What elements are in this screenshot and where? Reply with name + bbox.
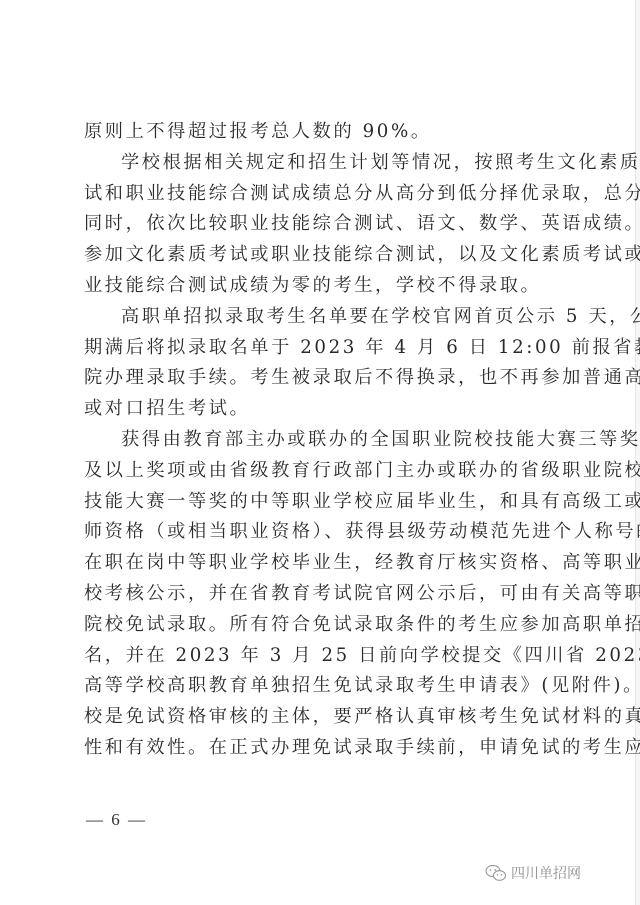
text-line: 期满后将拟录取名单于 2023 年 4 月 6 日 12:00 前报省教育考试 (84, 333, 556, 364)
paragraph: 原则上不得超过报考总人数的 90%。 (84, 117, 556, 148)
text-line: 师资格（或相当职业资格）、获得县级劳动模范先进个人称号的 (84, 517, 556, 548)
watermark-text: 四川单招网 (511, 863, 581, 883)
text-line: 在职在岗中等职业学校毕业生，经教育厅核实资格、高等职业学 (84, 548, 556, 579)
text-line: 技能大赛一等奖的中等职业学校应届毕业生，和具有高级工或技 (84, 487, 556, 518)
paragraph: 学校根据相关规定和招生计划等情况，按照考生文化素质考 试和职业技能综合测试成绩总… (84, 148, 556, 302)
text-line: 名，并在 2023 年 3 月 25 日前向学校提交《四川省 2023 年普通 (84, 641, 556, 672)
page-edge-shade (636, 0, 640, 905)
page-number: — 6 — (86, 810, 147, 830)
text-line: 试和职业技能综合测试成绩总分从高分到低分择优录取，总分相 (84, 179, 556, 210)
text-line: 及以上奖项或由省级教育行政部门主办或联办的省级职业院校 (84, 456, 556, 487)
text-line: 学校根据相关规定和招生计划等情况，按照考生文化素质考 (84, 148, 556, 179)
text-line: 获得由教育部主办或联办的全国职业院校技能大赛三等奖 (84, 425, 556, 456)
paragraph: 获得由教育部主办或联办的全国职业院校技能大赛三等奖 及以上奖项或由省级教育行政部… (84, 425, 556, 764)
text-line: 原则上不得超过报考总人数的 90%。 (84, 117, 556, 148)
wechat-icon (485, 864, 507, 882)
text-line: 校考核公示，并在省教育考试院官网公示后，可由有关高等职业 (84, 579, 556, 610)
text-line: 高职单招拟录取考生名单要在学校官网首页公示 5 天，公示 (84, 302, 556, 333)
text-line: 院校免试录取。所有符合免试录取条件的考生应参加高职单招报 (84, 610, 556, 641)
text-line: 性和有效性。在正式办理免试录取手续前，申请免试的考生应正 (84, 733, 556, 764)
text-line: 同时，依次比较职业技能综合测试、语文、数学、英语成绩。未 (84, 209, 556, 240)
text-line: 或对口招生考试。 (84, 394, 556, 425)
text-line: 业技能综合测试成绩为零的考生，学校不得录取。 (84, 271, 556, 302)
document-body: 原则上不得超过报考总人数的 90%。 学校根据相关规定和招生计划等情况，按照考生… (84, 117, 556, 764)
text-line: 参加文化素质考试或职业技能综合测试，以及文化素质考试或职 (84, 240, 556, 271)
paragraph: 高职单招拟录取考生名单要在学校官网首页公示 5 天，公示 期满后将拟录取名单于 … (84, 302, 556, 425)
watermark: 四川单招网 (485, 863, 581, 883)
text-line: 院办理录取手续。考生被录取后不得换录，也不再参加普通高考 (84, 363, 556, 394)
text-line: 校是免试资格审核的主体，要严格认真审核考生免试材料的真实 (84, 702, 556, 733)
text-line: 高等学校高职教育单独招生免试录取考生申请表》(见附件)。高 (84, 671, 556, 702)
